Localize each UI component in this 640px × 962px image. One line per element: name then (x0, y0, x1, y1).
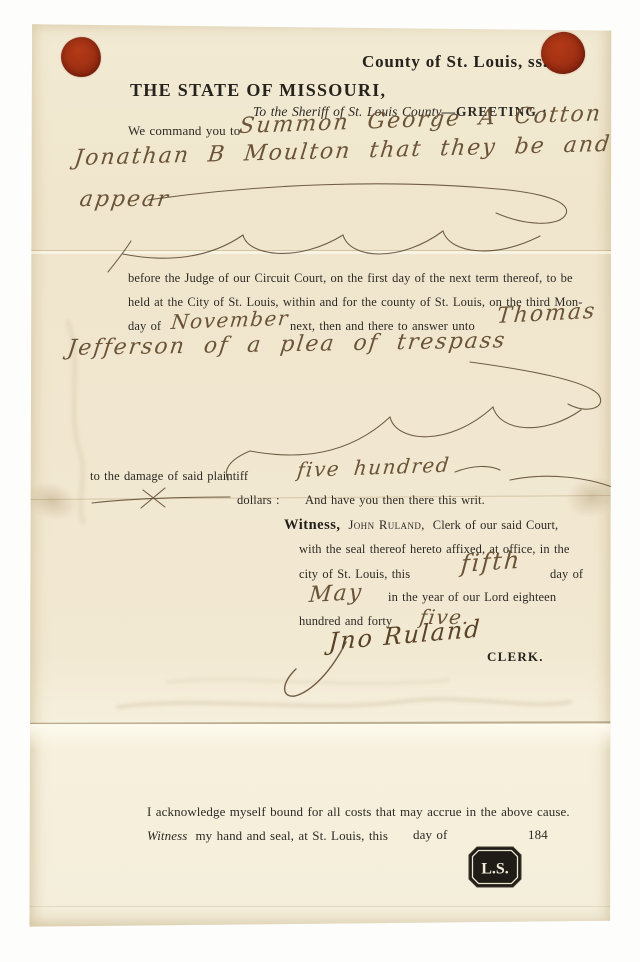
paper-sheet: County of St. Louis, ss. THE STATE OF MI… (28, 22, 613, 928)
bond-year-184: 184 (528, 827, 548, 843)
bond-witness-word: Witness (147, 828, 187, 843)
scanned-document-page: County of St. Louis, ss. THE STATE OF MI… (0, 0, 640, 962)
bond-line2-rest: my hand and seal, at St. Louis, this (195, 828, 388, 843)
ls-seal-text: L.S. (481, 861, 509, 878)
clerk-label: CLERK. (487, 649, 544, 665)
bond-line1: I acknowledge myself bound for all costs… (147, 804, 570, 820)
ls-seal-icon: L.S. (468, 846, 522, 888)
signature-flourish (28, 22, 613, 928)
bond-dayof: day of (413, 827, 447, 843)
